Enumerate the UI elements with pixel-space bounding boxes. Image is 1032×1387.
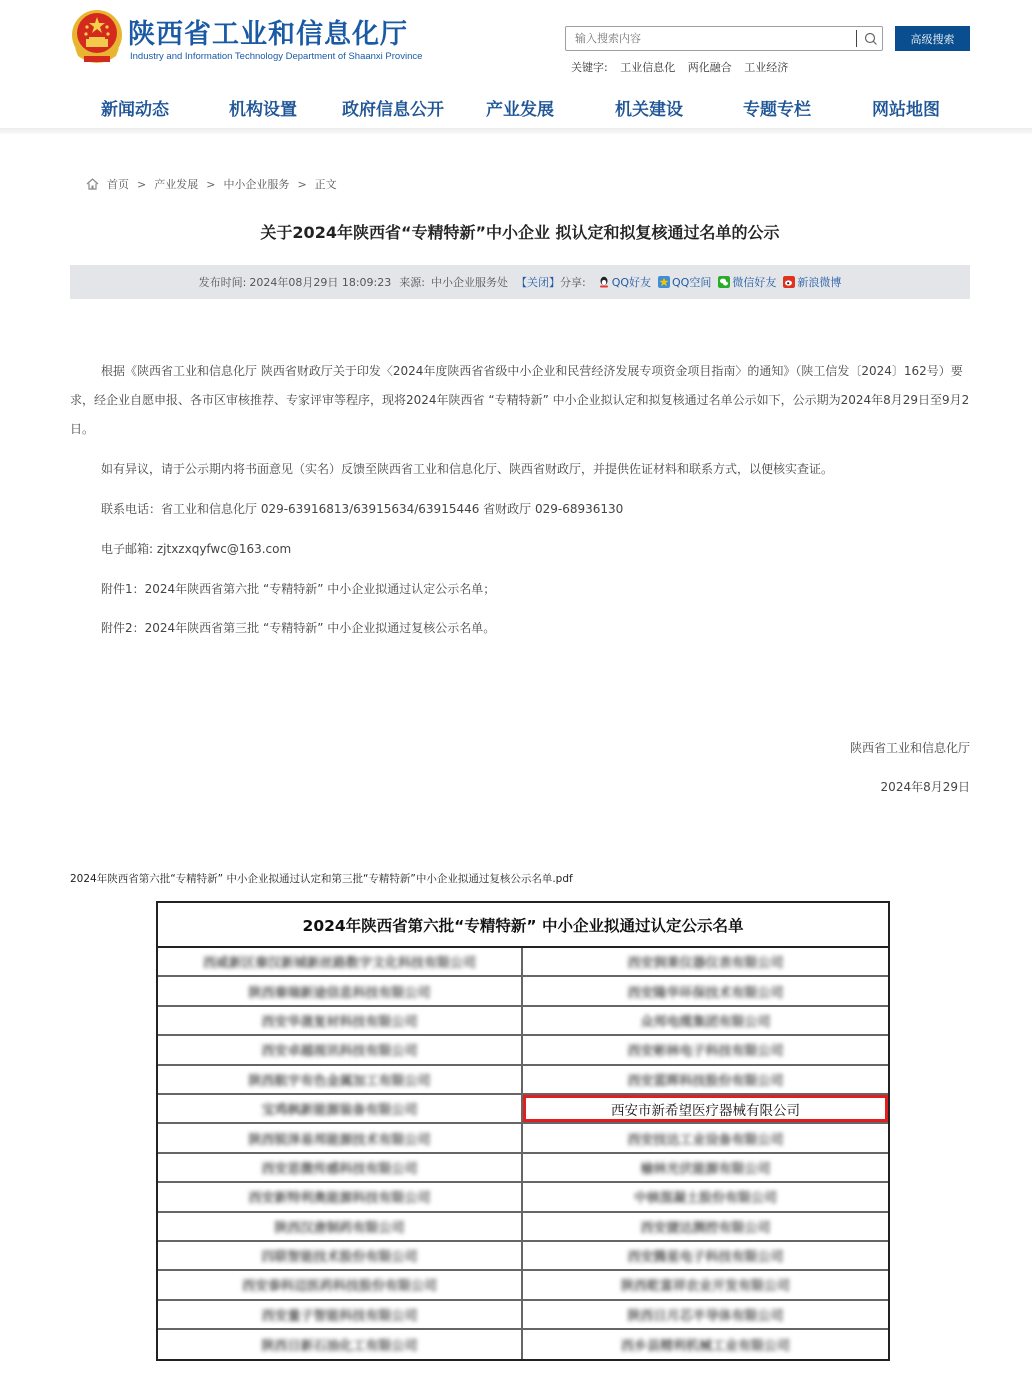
share-qq-friend[interactable]: QQ好友 xyxy=(598,274,651,290)
publish-label: 发布时间: xyxy=(199,274,247,290)
source-label: 来源: xyxy=(399,274,425,290)
company-name: 西安卓越视讯科技有限公司 xyxy=(261,1040,417,1059)
wechat-icon xyxy=(718,276,730,288)
company-cell: 西安卓越视讯科技有限公司 xyxy=(158,1036,523,1063)
company-name: 西安隆华环保技术有限公司 xyxy=(627,982,783,1001)
company-name: 西安蓝晖科技股份有限公司 xyxy=(627,1070,783,1089)
company-cell: 西安润莱仪器仪表有限公司 xyxy=(523,948,888,975)
table-row: 四联智能技术股份有限公司西安腾星电子科技有限公司 xyxy=(158,1242,888,1271)
nav-item-news[interactable]: 新闻动态 xyxy=(101,95,169,120)
company-cell: 陕西锐泽易邦能源技术有限公司 xyxy=(158,1124,523,1151)
company-cell: 西乡县精利机械工业有限公司 xyxy=(523,1330,888,1359)
company-cell: 西安新特利奥能源科技有限公司 xyxy=(158,1183,523,1210)
company-cell: 西安捷达测控有限公司 xyxy=(523,1213,888,1240)
table-row: 西安思微传感科技有限公司榆林光伏能源有限公司 xyxy=(158,1154,888,1183)
pdf-attachment-link[interactable]: 2024年陕西省第六批“专精特新” 中小企业拟通过认定和第三批“专精特新”中小企… xyxy=(70,871,573,886)
breadcrumb-current: 正文 xyxy=(315,176,337,192)
search-box xyxy=(565,26,883,51)
company-name: 陕西乾富祥农业开发有限公司 xyxy=(621,1275,790,1294)
search-input[interactable] xyxy=(566,27,856,50)
paragraph-1-line-2: 求，经企业自愿申报、各市区审核推荐、专家评审等程序，现将2024年陕西省 “专精… xyxy=(70,391,969,408)
publish-time: 2024年08月29日 18:09:23 xyxy=(249,274,391,290)
share-qzone[interactable]: QQ空间 xyxy=(658,274,711,290)
company-cell: 陕西航宇有色金属加工有限公司 xyxy=(158,1066,523,1093)
company-name: 众邦电缆集团有限公司 xyxy=(640,1011,770,1030)
company-name: 陕西汉唐制药有限公司 xyxy=(274,1217,404,1236)
company-name: 陕西锐泽易邦能源技术有限公司 xyxy=(248,1129,430,1148)
signature-date: 2024年8月29日 xyxy=(881,778,970,795)
table-row: 西安新特利奥能源科技有限公司中核混凝土股份有限公司 xyxy=(158,1183,888,1212)
search-divider xyxy=(856,30,857,47)
keywords: 关键字: 工业信息化 两化融合 工业经济 xyxy=(571,59,788,75)
highlighted-company-cell: 西安市新希望医疗器械有限公司 xyxy=(523,1095,888,1122)
breadcrumb-sme-service[interactable]: 中小企业服务 xyxy=(223,176,289,192)
company-cell: 宝鸡枫新能源装备有限公司 xyxy=(158,1095,523,1122)
table-row: 西安泰科迈医药科技股份有限公司陕西乾富祥农业开发有限公司 xyxy=(158,1271,888,1300)
table-title: 2024年陕西省第六批“专精特新” 中小企业拟通过认定公示名单 xyxy=(158,903,888,948)
breadcrumb-separator: > xyxy=(206,178,215,191)
company-name: 陕西日新石油化工有限公司 xyxy=(261,1335,417,1354)
company-cell: 陕西汉唐制药有限公司 xyxy=(158,1213,523,1240)
table-row: 陕西日新石油化工有限公司西乡县精利机械工业有限公司 xyxy=(158,1330,888,1359)
keyword-link[interactable]: 工业信息化 xyxy=(620,61,675,74)
keyword-link[interactable]: 工业经济 xyxy=(744,61,788,74)
nav-item-topics[interactable]: 专题专栏 xyxy=(743,95,811,120)
breadcrumb-separator: > xyxy=(137,178,146,191)
site-title: 陕西省工业和信息化厅 xyxy=(128,12,408,51)
home-icon xyxy=(86,178,99,190)
search-icon xyxy=(864,32,878,46)
company-name: 西乡县精利机械工业有限公司 xyxy=(621,1335,790,1354)
company-name: 西安华晟复材科技有限公司 xyxy=(261,1011,417,1030)
table-row: 宝鸡枫新能源装备有限公司西安市新希望医疗器械有限公司 xyxy=(158,1095,888,1124)
site-subtitle: Industry and Information Technology Depa… xyxy=(130,51,422,62)
company-cell: 西安量子智能科技有限公司 xyxy=(158,1301,523,1328)
main-nav: 新闻动态 机构设置 政府信息公开 产业发展 机关建设 专题专栏 网站地图 xyxy=(70,95,970,125)
company-name: 西安技达工业设备有限公司 xyxy=(627,1129,783,1148)
company-cell: 陕西秦瑞新途信息科技有限公司 xyxy=(158,977,523,1004)
breadcrumb-home[interactable]: 首页 xyxy=(107,176,129,192)
table-row: 陕西航宇有色金属加工有限公司西安蓝晖科技股份有限公司 xyxy=(158,1066,888,1095)
signature-org: 陕西省工业和信息化厅 xyxy=(850,739,970,756)
table-row: 陕西汉唐制药有限公司西安捷达测控有限公司 xyxy=(158,1213,888,1242)
share-label: 分享: xyxy=(560,274,586,290)
company-name: 四联智能技术股份有限公司 xyxy=(261,1246,417,1265)
company-cell: 榆林光伏能源有限公司 xyxy=(523,1154,888,1181)
nav-item-industry[interactable]: 产业发展 xyxy=(486,95,554,120)
contact-email: 电子邮箱: zjtxzxqyfwc@163.com xyxy=(101,540,291,557)
close-link[interactable]: 【关闭】 xyxy=(516,274,560,290)
company-name: 西安润莱仪器仪表有限公司 xyxy=(627,952,783,971)
company-cell: 西安蓝晖科技股份有限公司 xyxy=(523,1066,888,1093)
keywords-label: 关键字: xyxy=(571,61,608,74)
qzone-star-icon xyxy=(658,276,670,288)
company-name: 西安腾星电子科技有限公司 xyxy=(627,1246,783,1265)
share-weibo[interactable]: 新浪微博 xyxy=(783,274,841,290)
company-cell: 四联智能技术股份有限公司 xyxy=(158,1242,523,1269)
company-cell: 西安彬林电子科技有限公司 xyxy=(523,1036,888,1063)
paragraph-1-line-1: 根据《陕西省工业和信息化厅 陕西省财政厅关于印发〈2024年度陕西省省级中小企业… xyxy=(101,362,963,379)
company-name: 宝鸡枫新能源装备有限公司 xyxy=(261,1099,417,1118)
company-cell: 西安隆华环保技术有限公司 xyxy=(523,977,888,1004)
company-name: 西安市新希望医疗器械有限公司 xyxy=(611,1099,800,1119)
table-row: 西安华晟复材科技有限公司众邦电缆集团有限公司 xyxy=(158,1007,888,1036)
company-cell: 中核混凝土股份有限公司 xyxy=(523,1183,888,1210)
header-divider xyxy=(0,128,1032,134)
breadcrumb-separator: > xyxy=(297,178,306,191)
company-name: 西安彬林电子科技有限公司 xyxy=(627,1040,783,1059)
table-row: 陕西秦瑞新途信息科技有限公司西安隆华环保技术有限公司 xyxy=(158,977,888,1006)
advanced-search-button[interactable]: 高级搜索 xyxy=(895,26,970,51)
table-row: 西安量子智能科技有限公司陕西日月芯半导体有限公司 xyxy=(158,1301,888,1330)
site-header: 陕西省工业和信息化厅 Industry and Information Tech… xyxy=(0,0,1032,130)
company-name: 西安思微传感科技有限公司 xyxy=(261,1158,417,1177)
table-row: 陕西锐泽易邦能源技术有限公司西安技达工业设备有限公司 xyxy=(158,1124,888,1153)
national-emblem-logo xyxy=(70,8,124,68)
company-name: 榆林光伏能源有限公司 xyxy=(640,1158,770,1177)
attachment-1: 附件1：2024年陕西省第六批 “专精特新” 中小企业拟通过认定公示名单； xyxy=(101,580,495,597)
company-name: 陕西日月芯半导体有限公司 xyxy=(627,1305,783,1324)
company-name: 中核混凝土股份有限公司 xyxy=(634,1187,777,1206)
company-cell: 西安泰科迈医药科技股份有限公司 xyxy=(158,1271,523,1298)
keyword-link[interactable]: 两化融合 xyxy=(688,61,732,74)
paragraph-2: 如有异议，请于公示期内将书面意见（实名）反馈至陕西省工业和信息化厅、陕西省财政厅… xyxy=(101,460,833,477)
company-cell: 西安腾星电子科技有限公司 xyxy=(523,1242,888,1269)
contact-phone: 联系电话：省工业和信息化厅 029-63916813/63915634/6391… xyxy=(101,500,623,517)
nav-item-organization[interactable]: 机构设置 xyxy=(229,95,297,120)
company-cell: 陕西日新石油化工有限公司 xyxy=(158,1330,523,1359)
share-wechat[interactable]: 微信好友 xyxy=(718,274,776,290)
article-title: 关于2024年陕西省“专精特新”中小企业 拟认定和拟复核通过名单的公示 xyxy=(70,220,970,243)
company-cell: 西安思微传感科技有限公司 xyxy=(158,1154,523,1181)
company-name: 西安量子智能科技有限公司 xyxy=(261,1305,417,1324)
weibo-icon xyxy=(783,276,795,288)
company-name: 西咸新区秦汉新城新丝路数字文化科技有限公司 xyxy=(203,952,476,971)
table-row: 西安卓越视讯科技有限公司西安彬林电子科技有限公司 xyxy=(158,1036,888,1065)
nav-item-gov-info[interactable]: 政府信息公开 xyxy=(342,95,444,120)
company-cell: 西安华晟复材科技有限公司 xyxy=(158,1007,523,1034)
breadcrumb: 首页 > 产业发展 > 中小企业服务 > 正文 xyxy=(86,176,337,192)
company-name: 西安泰科迈医药科技股份有限公司 xyxy=(242,1275,437,1294)
attachment-2: 附件2：2024年陕西省第三批 “专精特新” 中小企业拟通过复核公示名单。 xyxy=(101,619,495,636)
nav-item-party-building[interactable]: 机关建设 xyxy=(615,95,683,120)
breadcrumb-industry[interactable]: 产业发展 xyxy=(154,176,198,192)
company-name: 西安捷达测控有限公司 xyxy=(640,1217,770,1236)
qq-icon xyxy=(598,276,610,288)
company-cell: 陕西乾富祥农业开发有限公司 xyxy=(523,1271,888,1298)
company-cell: 西咸新区秦汉新城新丝路数字文化科技有限公司 xyxy=(158,948,523,975)
company-name: 陕西航宇有色金属加工有限公司 xyxy=(248,1070,430,1089)
company-cell: 陕西日月芯半导体有限公司 xyxy=(523,1301,888,1328)
company-name: 西安新特利奥能源科技有限公司 xyxy=(248,1187,430,1206)
table-row: 西咸新区秦汉新城新丝路数字文化科技有限公司西安润莱仪器仪表有限公司 xyxy=(158,948,888,977)
company-name: 陕西秦瑞新途信息科技有限公司 xyxy=(248,982,430,1001)
company-cell: 西安技达工业设备有限公司 xyxy=(523,1124,888,1151)
source-value: 中小企业服务处 xyxy=(431,274,508,290)
nav-item-sitemap[interactable]: 网站地图 xyxy=(872,95,940,120)
paragraph-1-line-3: 日。 xyxy=(70,420,94,437)
article-meta-bar: 发布时间: 2024年08月29日 18:09:23 来源: 中小企业服务处 【… xyxy=(70,265,970,299)
company-cell: 众邦电缆集团有限公司 xyxy=(523,1007,888,1034)
search-button[interactable] xyxy=(859,27,882,50)
pdf-preview-table: 2024年陕西省第六批“专精特新” 中小企业拟通过认定公示名单 西咸新区秦汉新城… xyxy=(156,901,890,1361)
